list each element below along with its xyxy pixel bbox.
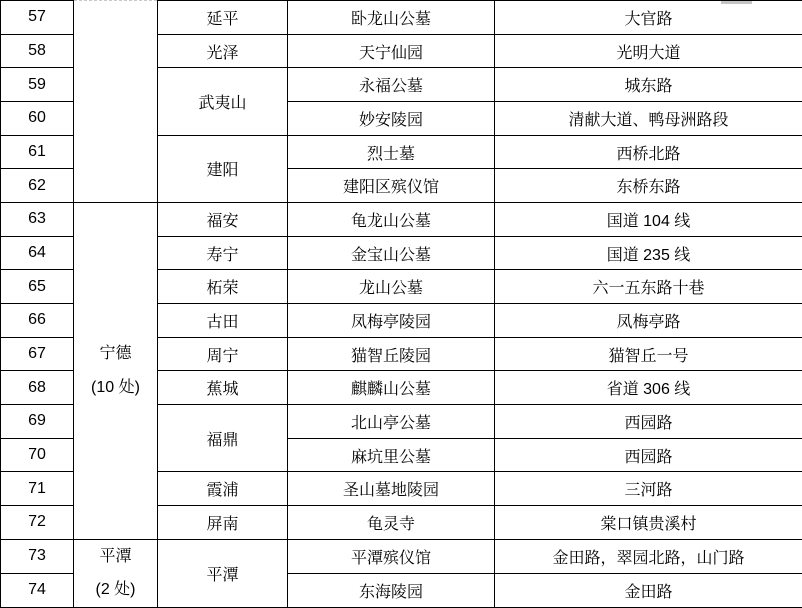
county-cell: 柘荣 <box>158 270 288 304</box>
row-number-cell: 70 <box>1 438 74 472</box>
road-cell: 猫智丘一号 <box>495 337 802 371</box>
facility-name-cell: 凤梅亭陵园 <box>288 304 495 338</box>
region-count: (10 处) <box>74 371 157 405</box>
cemetery-list-table: 57 延平 卧龙山公墓 大官路 58 光泽 天宁仙园 光明大道 59 武夷山 永… <box>0 0 802 608</box>
facility-name-cell: 卧龙山公墓 <box>288 1 495 35</box>
region-label: 宁德 <box>74 337 157 371</box>
road-cell: 光明大道 <box>495 34 802 68</box>
row-number-cell: 57 <box>1 1 74 35</box>
county-cell: 屏南 <box>158 506 288 540</box>
road-cell: 国道 104 线 <box>495 203 802 237</box>
row-number-cell: 69 <box>1 405 74 439</box>
county-cell: 蕉城 <box>158 371 288 405</box>
row-number-cell: 72 <box>1 506 74 540</box>
road-cell: 凤梅亭路 <box>495 304 802 338</box>
document-page: 57 延平 卧龙山公墓 大官路 58 光泽 天宁仙园 光明大道 59 武夷山 永… <box>0 0 802 608</box>
facility-name-cell: 麻坑里公墓 <box>288 438 495 472</box>
road-cell: 西园路 <box>495 438 802 472</box>
road-cell: 西桥北路 <box>495 135 802 169</box>
facility-name-cell: 猫智丘陵园 <box>288 337 495 371</box>
road-cell: 国道 235 线 <box>495 236 802 270</box>
facility-name-cell: 金宝山公墓 <box>288 236 495 270</box>
row-number-cell: 73 <box>1 539 74 573</box>
road-cell: 东桥东路 <box>495 169 802 203</box>
facility-name-cell: 妙安陵园 <box>288 102 495 136</box>
row-number-cell: 65 <box>1 270 74 304</box>
row-number-cell: 61 <box>1 135 74 169</box>
county-cell: 周宁 <box>158 337 288 371</box>
county-cell: 延平 <box>158 1 288 35</box>
county-cell: 古田 <box>158 304 288 338</box>
row-number-cell: 66 <box>1 304 74 338</box>
road-cell: 六一五东路十巷 <box>495 270 802 304</box>
facility-name-cell: 平潭殡仪馆 <box>288 539 495 573</box>
county-cell: 福鼎 <box>158 405 288 472</box>
facility-name-cell: 龟灵寺 <box>288 506 495 540</box>
road-cell: 金田路 <box>495 573 802 607</box>
row-number-cell: 63 <box>1 203 74 237</box>
region-label: 平潭 <box>74 540 157 574</box>
road-cell: 棠口镇贵溪村 <box>495 506 802 540</box>
facility-name-cell: 永福公墓 <box>288 68 495 102</box>
row-number-cell: 62 <box>1 169 74 203</box>
road-cell: 省道 306 线 <box>495 371 802 405</box>
row-number-cell: 64 <box>1 236 74 270</box>
road-cell: 大官路 <box>495 1 802 35</box>
table-row: 73 平潭 (2 处) 平潭 平潭殡仪馆 金田路，翠园北路，山门路 <box>1 539 802 573</box>
facility-name-cell: 麒麟山公墓 <box>288 371 495 405</box>
row-number-cell: 71 <box>1 472 74 506</box>
row-number-cell: 68 <box>1 371 74 405</box>
road-cell: 西园路 <box>495 405 802 439</box>
county-cell: 建阳 <box>158 135 288 202</box>
table-row: 63 宁德 (10 处) 福安 龟龙山公墓 国道 104 线 <box>1 203 802 237</box>
county-cell: 武夷山 <box>158 68 288 135</box>
road-cell: 金田路，翠园北路，山门路 <box>495 539 802 573</box>
region-cell-empty <box>74 1 158 203</box>
row-number-cell: 74 <box>1 573 74 607</box>
row-number-cell: 60 <box>1 102 74 136</box>
county-cell: 平潭 <box>158 539 288 607</box>
county-cell: 光泽 <box>158 34 288 68</box>
facility-name-cell: 东海陵园 <box>288 573 495 607</box>
facility-name-cell: 圣山墓地陵园 <box>288 472 495 506</box>
facility-name-cell: 龙山公墓 <box>288 270 495 304</box>
row-number-cell: 58 <box>1 34 74 68</box>
facility-name-cell: 建阳区殡仪馆 <box>288 169 495 203</box>
region-count: (2 处) <box>74 573 157 607</box>
facility-name-cell: 烈士墓 <box>288 135 495 169</box>
county-cell: 寿宁 <box>158 236 288 270</box>
table-row: 57 延平 卧龙山公墓 大官路 <box>1 1 802 35</box>
region-cell-pingtan: 平潭 (2 处) <box>74 539 158 607</box>
county-cell: 福安 <box>158 203 288 237</box>
facility-name-cell: 北山亭公墓 <box>288 405 495 439</box>
facility-name-cell: 龟龙山公墓 <box>288 203 495 237</box>
row-number-cell: 59 <box>1 68 74 102</box>
road-cell: 三河路 <box>495 472 802 506</box>
road-cell: 清献大道、鸭母洲路段 <box>495 102 802 136</box>
road-cell: 城东路 <box>495 68 802 102</box>
row-number-cell: 67 <box>1 337 74 371</box>
facility-name-cell: 天宁仙园 <box>288 34 495 68</box>
county-cell: 霞浦 <box>158 472 288 506</box>
region-cell-ningde: 宁德 (10 处) <box>74 203 158 540</box>
